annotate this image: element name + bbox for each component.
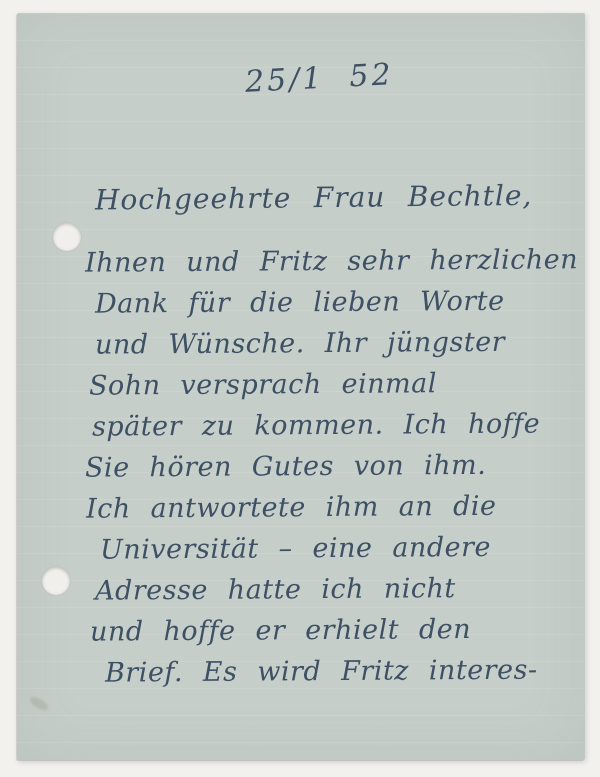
scan-background: 25/1 52 Hochgeehrte Frau Bechtle, Ihnen … xyxy=(0,0,600,777)
hole-punch-bottom xyxy=(42,567,70,595)
letter-salutation: Hochgeehrte Frau Bechtle, xyxy=(95,179,565,217)
letter-text: Hochgeehrte Frau Bechtle, Ihnen und Frit… xyxy=(85,181,565,692)
letter-line: später zu kommen. Ich hoffe xyxy=(92,403,565,447)
letter-paper: 25/1 52 Hochgeehrte Frau Bechtle, Ihnen … xyxy=(17,13,585,760)
letter-line: Universität – eine andere xyxy=(100,526,565,570)
letter-line: und hoffe er erhielt den xyxy=(90,608,565,652)
letter-line: Adresse hatte ich nicht xyxy=(95,567,565,611)
letter-line: und Wünsche. Ihr jüngster xyxy=(95,321,565,365)
letter-line: Sie hören Gutes von ihm. xyxy=(85,444,565,488)
letter-line: Dank für die lieben Worte xyxy=(95,280,565,324)
letter-line: Ihnen und Fritz sehr herzlichen xyxy=(85,239,565,283)
hole-punch-top xyxy=(53,223,81,251)
letter-date: 25/1 52 xyxy=(244,57,394,100)
letter-line: Ich antwortete ihm an die xyxy=(86,485,565,529)
paper-smudge xyxy=(28,694,50,712)
letter-line: Sohn versprach einmal xyxy=(89,362,565,406)
letter-line: Brief. Es wird Fritz interes- xyxy=(105,649,565,693)
letter-body: Ihnen und Fritz sehr herzlichenDank für … xyxy=(85,241,565,692)
